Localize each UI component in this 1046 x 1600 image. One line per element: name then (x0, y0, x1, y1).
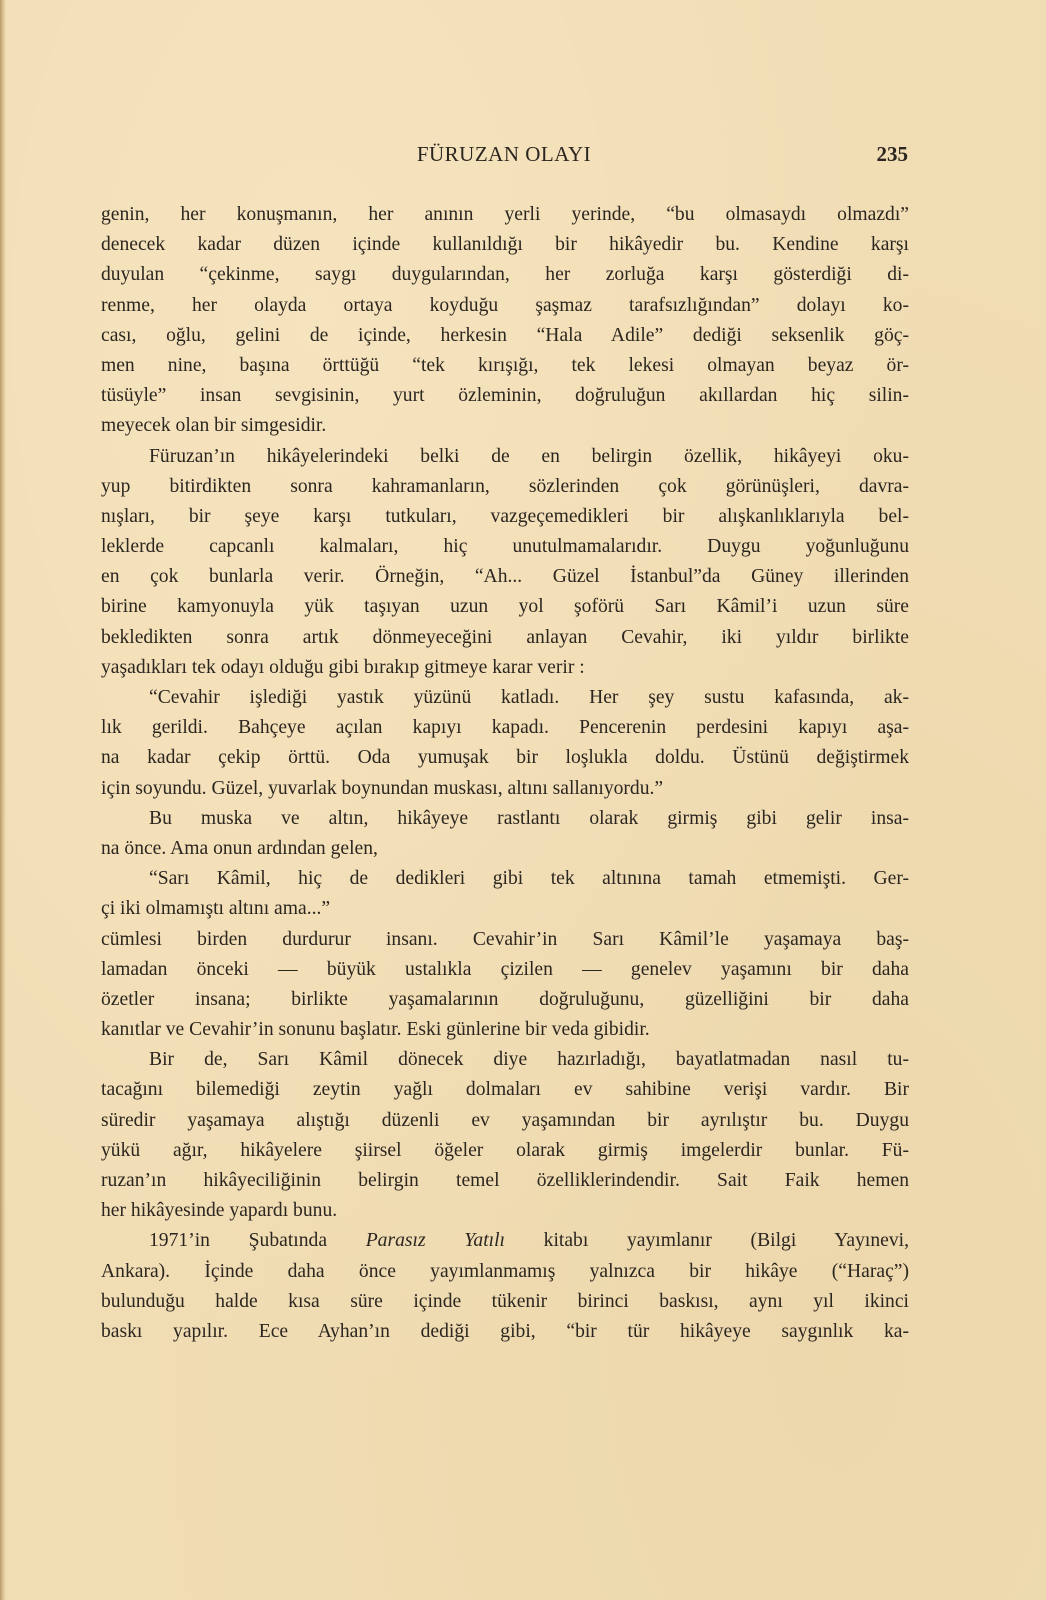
text-line: denecek kadar düzen içinde kullanıldığı … (101, 230, 909, 260)
running-title: FÜRUZAN OLAYI (100, 142, 908, 167)
text-line: baskı yapılır. Ece Ayhan’ın dediği gibi,… (101, 1317, 909, 1347)
text-line: genin, her konuşmanın, her anının yerli … (101, 200, 909, 230)
text-line: men nine, başına örttüğü “tek kırışığı, … (101, 351, 909, 381)
text-line: her hikâyesinde yapardı bunu. (101, 1196, 909, 1226)
book-title: Parasız Yatılı (366, 1230, 505, 1251)
text-line: lamadan önceki — büyük ustalıkla çizilen… (101, 955, 909, 985)
page-binding-edge (0, 0, 6, 1600)
text-span: kitabı yayımlanır (Bilgi Yayınevi, (505, 1230, 909, 1251)
text-line: duyulan “çekinme, saygı duygularından, h… (101, 260, 909, 290)
text-line: leklerde capcanlı kalmaları, hiç unutulm… (101, 532, 909, 562)
body-text: genin, her konuşmanın, her anının yerli … (101, 200, 909, 1347)
page-number: 235 (877, 142, 909, 167)
paragraph-start-line: Bir de, Sarı Kâmil dönecek diye hazırlad… (101, 1045, 909, 1075)
text-line: meyecek olan bir simgesidir. (101, 411, 909, 441)
paragraph-start-line: 1971’in Şubatında Parasız Yatılı kitabı … (101, 1226, 909, 1256)
text-line: na önce. Ama onun ardından gelen, (101, 834, 909, 864)
running-header: FÜRUZAN OLAYI 235 (100, 142, 908, 172)
text-line: birine kamyonuyla yük taşıyan uzun yol ş… (101, 592, 909, 622)
text-line: Ankara). İçinde daha önce yayımlanmamış … (101, 1257, 909, 1287)
text-line: ruzan’ın hikâyeciliğinin belirgin temel … (101, 1166, 909, 1196)
text-line: yükü ağır, hikâyelere şiirsel öğeler ola… (101, 1136, 909, 1166)
text-line: tüsüyle” insan sevgisinin, yurt özlemini… (101, 381, 909, 411)
quote-start-line: “Sarı Kâmil, hiç de dedikleri gibi tek a… (101, 864, 909, 894)
text-span: 1971’in Şubatında (149, 1230, 366, 1251)
text-line: kanıtlar ve Cevahir’in sonunu başlatır. … (101, 1015, 909, 1045)
text-line: bekledikten sonra artık dönmeyeceğini an… (101, 623, 909, 653)
text-line: bulunduğu halde kısa süre içinde tükenir… (101, 1287, 909, 1317)
text-line: nışları, bir şeye karşı tutkuları, vazge… (101, 502, 909, 532)
text-line: cümlesi birden durdurur insanı. Cevahir’… (101, 925, 909, 955)
text-line: süredir yaşamaya alıştığı düzenli ev yaş… (101, 1106, 909, 1136)
text-line: tacağını bilemediği zeytin yağlı dolmala… (101, 1075, 909, 1105)
text-line: cası, oğlu, gelini de içinde, herkesin “… (101, 321, 909, 351)
paragraph-start-line: Füruzan’ın hikâyelerindeki belki de en b… (101, 442, 909, 472)
text-line: en çok bunlarla verir. Örneğin, “Ah... G… (101, 562, 909, 592)
text-line: yup bitirdikten sonra kahramanların, söz… (101, 472, 909, 502)
quote-line: için soyundu. Güzel, yuvarlak boynundan … (101, 774, 909, 804)
text-line: özetler insana; birlikte yaşamalarının d… (101, 985, 909, 1015)
text-line: renme, her olayda ortaya koyduğu şaşmaz … (101, 291, 909, 321)
quote-line: na kadar çekip örttü. Oda yumuşak bir lo… (101, 743, 909, 773)
quote-line: lık gerildi. Bahçeye açılan kapıyı kapad… (101, 713, 909, 743)
quote-start-line: “Cevahir işlediği yastık yüzünü katladı.… (101, 683, 909, 713)
quote-line: çi iki olmamıştı altını ama...” (101, 894, 909, 924)
text-line: yaşadıkları tek odayı olduğu gibi bırakı… (101, 653, 909, 683)
paragraph-start-line: Bu muska ve altın, hikâyeye rastlantı ol… (101, 804, 909, 834)
